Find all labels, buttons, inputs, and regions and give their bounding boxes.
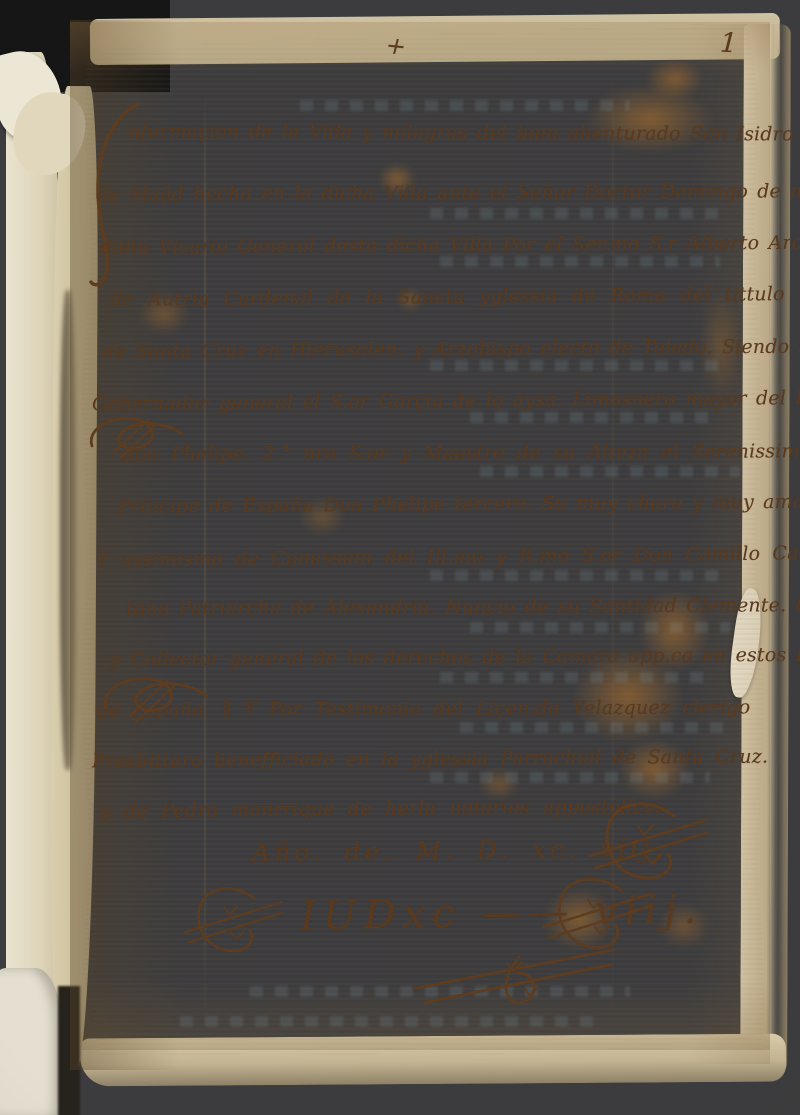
manuscript-line: nformaçion de la Vida y milagros del bie… (128, 120, 800, 146)
bleedthrough-line (470, 622, 730, 633)
manuscript-line: tano Patriarcha de Alexandria, Nuncio de… (126, 594, 800, 620)
rubric-slash-flourish (168, 882, 298, 966)
bleedthrough-line (430, 360, 730, 371)
bleedthrough-line (300, 100, 630, 111)
bleedthrough-line (440, 256, 720, 267)
manuscript-line: Principe de España Don Phelipe tercero. … (118, 490, 800, 517)
endpaper-corner (0, 968, 62, 1115)
manuscript-line: Presbittero benefficiado en la yglessia … (92, 746, 768, 773)
bleedthrough-line (180, 1016, 600, 1027)
bleedthrough-line (440, 672, 710, 683)
bleedthrough-line (470, 412, 720, 423)
rubric-knot-flourish (96, 666, 226, 732)
rubric-bottom-flourish (408, 938, 620, 1016)
bleedthrough-line (430, 208, 730, 219)
bleedthrough-line (430, 772, 710, 783)
bleedthrough-line (460, 722, 730, 733)
bleedthrough-line (480, 466, 740, 477)
endpaper-shadow-gap (58, 986, 80, 1115)
rubric-knot-flourish (84, 408, 199, 466)
bleedthrough-line (430, 570, 720, 581)
folio-number: 1 (719, 28, 738, 60)
manuscript-line: don Phelipe. 2.° nro S.or y Maestro de s… (122, 440, 800, 466)
manuscript-line: de Maād hecha en la dicha Villa ante el … (96, 180, 800, 206)
manuscript-photo: + 1 nformaçion de la Vida y milagros del… (0, 0, 800, 1115)
stain (645, 58, 705, 100)
spine-crevice (60, 290, 76, 770)
